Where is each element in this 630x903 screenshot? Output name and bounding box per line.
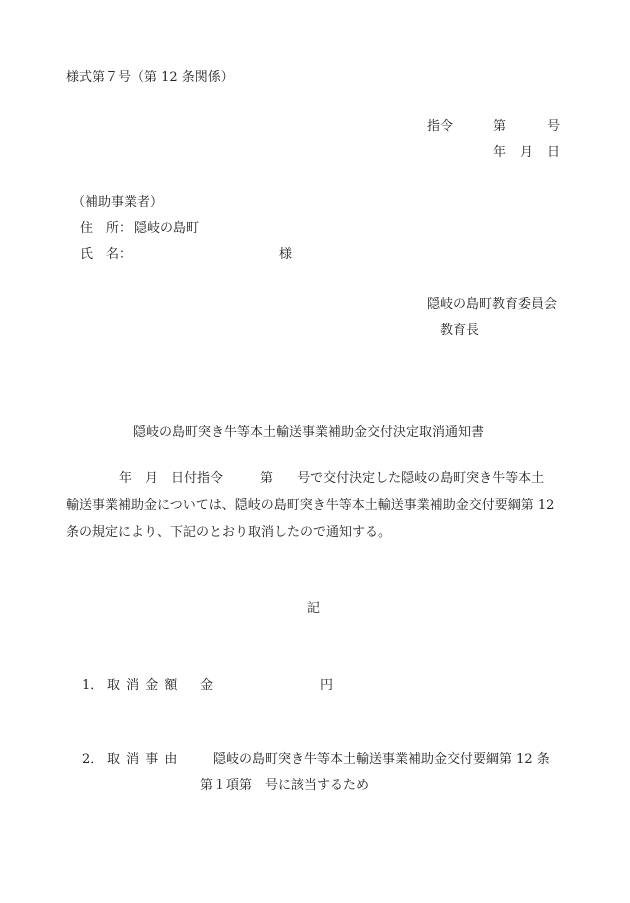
name-suffix: 様: [279, 247, 292, 263]
body-line-1: 年月日付指令第号で交付決定した隠岐の島町突き牛等本土: [66, 465, 566, 492]
recipient-heading: （補助事業者）: [72, 195, 163, 211]
item-1-label: 取 消 金 額: [107, 678, 178, 694]
date-year: 年: [493, 145, 506, 161]
form-number-label: 様式第７号（第 12 条関係）: [66, 70, 234, 86]
ki-heading: 記: [307, 601, 320, 617]
body-line-1-rest: 号で交付決定した隠岐の島町突き牛等本土: [297, 471, 544, 486]
issuer-title: 教育長: [440, 323, 479, 339]
body-month: 月: [145, 471, 158, 486]
body-line-3: 条の規定により、下記のとおり取消したので通知する。: [66, 519, 566, 546]
address-value: 隠岐の島町: [134, 221, 199, 237]
issuer-organization: 隠岐の島町教育委員会: [427, 297, 557, 313]
item-2-label: 取 消 事 由: [107, 752, 178, 768]
body-paragraph: 年月日付指令第号で交付決定した隠岐の島町突き牛等本土 輸送事業補助金については、…: [66, 465, 566, 546]
order-go: 号: [547, 119, 560, 135]
order-dai: 第: [493, 119, 506, 135]
body-year: 年: [119, 471, 132, 486]
item-1-number: 1．: [82, 678, 103, 694]
date-day: 日: [547, 145, 560, 161]
document-title: 隠岐の島町突き牛等本土輸送事業補助金交付決定取消通知書: [133, 425, 484, 441]
body-line-2: 輸送事業補助金については、隠岐の島町突き牛等本土輸送事業補助金交付要綱第 12: [66, 492, 566, 519]
address-label: 住 所：: [80, 221, 132, 237]
order-prefix: 指令: [427, 119, 453, 135]
item-2-reason-line-2: 第１項第 号に該当するため: [200, 778, 369, 794]
item-1-suffix: 円: [320, 678, 333, 694]
item-2-reason-line-1: 隠岐の島町突き牛等本土輸送事業補助金交付要綱第 12 条: [213, 752, 550, 768]
body-date-order: 日付指令: [171, 471, 223, 486]
date-month: 月: [520, 145, 533, 161]
body-dai: 第: [260, 471, 273, 486]
item-1-prefix: 金: [200, 678, 213, 694]
item-2-number: 2．: [82, 752, 103, 768]
name-label: 氏 名：: [80, 247, 132, 263]
